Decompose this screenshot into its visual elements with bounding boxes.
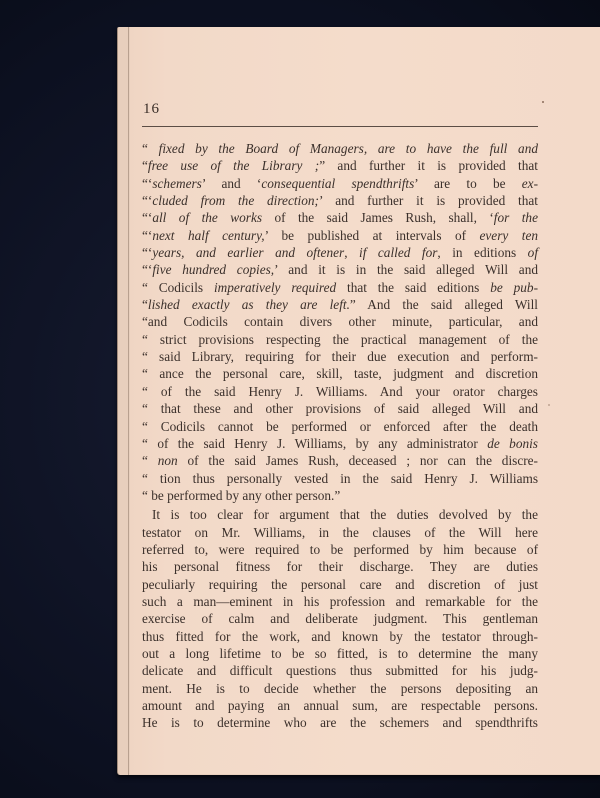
text-line: “ non of the said James Rush, deceased ;…: [142, 452, 538, 469]
text-line: “ tion thus personally vested in the sai…: [142, 470, 538, 487]
text-run: “ of the said Henry J. Williams. And you…: [142, 384, 538, 399]
text-line: his personal fitness for their discharge…: [142, 558, 538, 575]
italic-text: schemers: [152, 176, 201, 191]
italic-text: lished exactly as they are left.: [148, 297, 350, 312]
text-run: “ of the said Henry J. Williams, by any …: [142, 436, 487, 451]
italic-text: for the: [494, 210, 538, 225]
italic-text: de bonis: [487, 436, 538, 451]
text-line: “‘schemers’ and ‘consequential spendthri…: [142, 175, 538, 192]
text-line: amount and paying an annual sum, are res…: [142, 697, 538, 714]
text-run: “‘: [142, 193, 152, 208]
text-line: delicate and difficult questions thus su…: [142, 662, 538, 679]
italic-text: non: [158, 453, 178, 468]
quoted-paragraph: “ fixed by the Board of Managers, are to…: [142, 140, 538, 504]
text-run: ’ and it is in the said alleged Will and: [274, 262, 538, 277]
text-line: out a long lifetime to be so fitted, is …: [142, 645, 538, 662]
text-line: ment. He is to decide whether the person…: [142, 680, 538, 697]
text-run: ’ be published at intervals of: [265, 228, 480, 243]
text-run: ” And the said alleged Will: [350, 297, 538, 312]
text-run: ’ and further it is provided that: [319, 193, 538, 208]
page-text: “ fixed by the Board of Managers, are to…: [142, 140, 538, 732]
text-run: “ Codicils: [142, 280, 214, 295]
text-line: peculiarly requiring the personal care a…: [142, 576, 538, 593]
header-rule: [142, 126, 538, 127]
italic-text: fixed by the Board of Managers, are to h…: [159, 141, 538, 156]
italic-text: imperatively required: [214, 280, 336, 295]
italic-text: cluded from the direction;: [152, 193, 319, 208]
text-run: “ said Library, requiring for their due …: [142, 349, 538, 364]
text-run: “‘: [142, 176, 152, 191]
text-run: “ tion thus personally vested in the sai…: [142, 471, 538, 486]
text-run: ’ are to be: [414, 176, 522, 191]
italic-text: ex-: [522, 176, 538, 191]
italic-text: all of the works: [152, 210, 262, 225]
text-line: thus fitted for the work, and known by t…: [142, 628, 538, 645]
text-run: “: [142, 141, 159, 156]
text-run: that the said editions: [336, 280, 490, 295]
text-line: “and Codicils contain divers other minut…: [142, 313, 538, 330]
text-line: “ ance the personal care, skill, taste, …: [142, 365, 538, 382]
text-line: “ fixed by the Board of Managers, are to…: [142, 140, 538, 157]
text-line: “ Codicils cannot be performed or enforc…: [142, 418, 538, 435]
italic-text: five hundred copies,: [152, 262, 274, 277]
text-line: exercise of calm and deliberate judgment…: [142, 610, 538, 627]
text-run: of the said James Rush, shall, ‘: [262, 210, 494, 225]
italic-text: be pub-: [490, 280, 538, 295]
text-run: of the said James Rush, deceased ; nor c…: [178, 453, 538, 468]
text-run: “ be performed by any other person.”: [142, 488, 340, 503]
text-line: “free use of the Library ;” and further …: [142, 157, 538, 174]
italic-text: years, and earlier and oftener: [152, 245, 344, 260]
text-line: “lished exactly as they are left.” And t…: [142, 296, 538, 313]
text-line: “ that these and other provisions of sai…: [142, 400, 538, 417]
text-line: such a man—eminent in his profession and…: [142, 593, 538, 610]
text-line: It is too clear for argument that the du…: [142, 506, 538, 523]
italic-text: consequential spendthrifts: [261, 176, 414, 191]
text-line: “ be performed by any other person.”: [142, 487, 538, 504]
text-run: , in editions: [437, 245, 527, 260]
text-line: He is to determine who are the schemers …: [142, 714, 538, 731]
text-line: “ said Library, requiring for their due …: [142, 348, 538, 365]
text-line: referred to, were required to be perform…: [142, 541, 538, 558]
italic-text: if called for: [359, 245, 437, 260]
text-run: “ that these and other provisions of sai…: [142, 401, 538, 416]
text-run: ’ and ‘: [202, 176, 262, 191]
text-run: ” and further it is provided that: [319, 158, 538, 173]
italic-text: every ten: [480, 228, 539, 243]
paper-speck: [542, 101, 544, 103]
text-run: “ Codicils cannot be performed or enforc…: [142, 419, 538, 434]
text-run: “‘: [142, 210, 152, 225]
page-number: 16: [143, 101, 160, 118]
text-run: “‘: [142, 228, 152, 243]
text-run: ,: [344, 245, 359, 260]
body-paragraph: It is too clear for argument that the du…: [142, 506, 538, 731]
text-line: “ of the said Henry J. Williams, by any …: [142, 435, 538, 452]
paper-speck: [548, 404, 550, 406]
text-line: “‘five hundred copies,’ and it is in the…: [142, 261, 538, 278]
text-run: “‘: [142, 262, 152, 277]
italic-text: next half century,: [152, 228, 264, 243]
text-run: “: [142, 453, 158, 468]
italic-text: free use of the Library ;: [148, 158, 319, 173]
text-line: testator on Mr. Williams, in the clauses…: [142, 524, 538, 541]
text-run: “and Codicils contain divers other minut…: [142, 314, 538, 329]
page-edge-line: [128, 27, 129, 775]
text-line: “ of the said Henry J. Williams. And you…: [142, 383, 538, 400]
text-run: “ strict provisions respecting the pract…: [142, 332, 538, 347]
text-line: “‘next half century,’ be published at in…: [142, 227, 538, 244]
italic-text: of: [528, 245, 538, 260]
text-line: “‘all of the works of the said James Rus…: [142, 209, 538, 226]
text-line: “ Codicils imperatively required that th…: [142, 279, 538, 296]
text-line: “‘cluded from the direction;’ and furthe…: [142, 192, 538, 209]
text-line: “‘years, and earlier and oftener, if cal…: [142, 244, 538, 261]
text-run: “ ance the personal care, skill, taste, …: [142, 366, 538, 381]
text-run: “‘: [142, 245, 152, 260]
text-line: “ strict provisions respecting the pract…: [142, 331, 538, 348]
